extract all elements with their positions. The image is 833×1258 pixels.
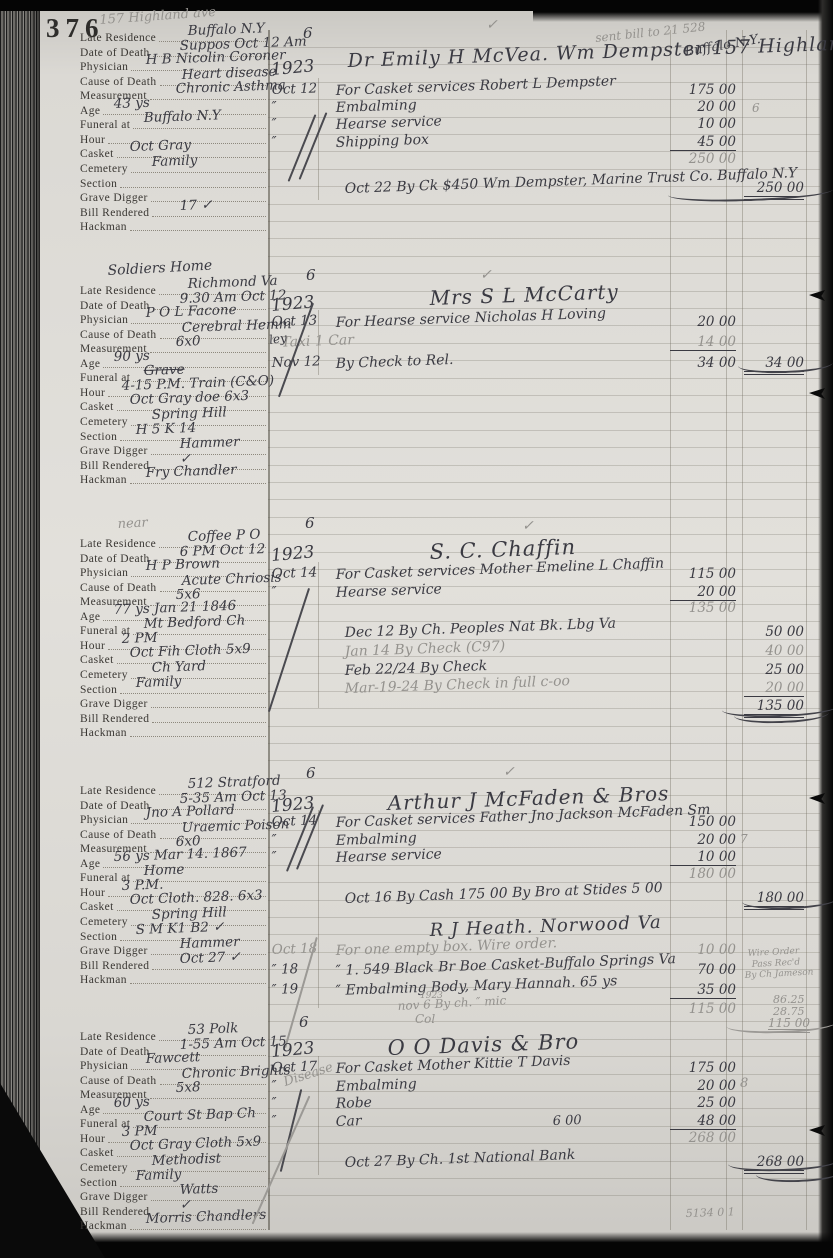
field-label-age: Age (80, 358, 100, 370)
account-description: Car (336, 1114, 362, 1129)
field-label-date-of-death: Date of Death (80, 47, 150, 59)
ledger-ruled-line (268, 1143, 820, 1144)
field-label-cause-of-death: Cause of Death (80, 829, 157, 841)
field-label-late-residence: Late Residence (80, 785, 156, 797)
ledger-ruled-line (268, 256, 820, 257)
field-label-casket: Casket (80, 401, 114, 413)
field-label-hour: Hour (80, 640, 105, 652)
ledger-column-rule (742, 30, 743, 1230)
field-row: Hackman (80, 219, 268, 233)
account-description: For one empty box. Wire order. (336, 936, 558, 958)
dotted-leader (130, 982, 266, 984)
amount-value: 20 00 (670, 101, 736, 115)
dotted-leader (151, 706, 266, 708)
field-value-bill-rendered: Oct 27 ✓ (180, 950, 242, 966)
ledger-column-rule (806, 30, 807, 1230)
account-description: For Hearse service Nicholas H Loving (336, 307, 607, 330)
field-value-physician: Fawcett (146, 1051, 201, 1066)
amount-value: 14 00 (670, 336, 736, 351)
field-label-bill-rendered: Bill Rendered (80, 460, 149, 472)
ledger-ruled-line (268, 221, 820, 222)
ledger-ruled-line (268, 1195, 820, 1196)
field-row: Section (80, 176, 268, 190)
margin-note: 6 (306, 268, 316, 283)
entry-date-divider (318, 562, 319, 708)
amount-value: 20 00 (670, 1080, 736, 1094)
account-date: ″ 18 (272, 963, 299, 977)
account-description: Hearse service (336, 114, 443, 132)
dotted-leader (131, 171, 266, 173)
account-date: ″ (272, 834, 278, 848)
field-row: Measurement (80, 1087, 268, 1101)
account-date: Oct 14 (272, 566, 318, 581)
account-description: By Check to Rel. (336, 353, 454, 371)
field-label-section: Section (80, 1177, 117, 1189)
dotted-leader (130, 1228, 266, 1230)
amount-value: 45 00 (670, 136, 736, 151)
amount-value: 20 00 (670, 586, 736, 601)
field-label-age: Age (80, 105, 100, 117)
ledger-ruled-line (268, 760, 820, 761)
field-label-hackman: Hackman (80, 221, 127, 233)
field-label-grave-digger: Grave Digger (80, 945, 148, 957)
swoosh-underline (734, 710, 829, 724)
amount-value: 10 00 (670, 118, 736, 132)
account-description: For Casket services Mother Emeline L Cha… (336, 557, 665, 582)
account-date: ″ (272, 136, 278, 150)
dotted-leader (130, 229, 266, 231)
account-description: Robe (336, 1096, 373, 1111)
field-label-physician: Physician (80, 314, 128, 326)
field-value-grave-digger: Watts (180, 1183, 219, 1198)
field-label-physician: Physician (80, 567, 128, 579)
account-date: Oct 13 (272, 314, 318, 329)
slash-mark (280, 1089, 303, 1172)
scan-border-top-right (533, 0, 833, 22)
ledger-ruled-line (268, 604, 820, 605)
entry-date-divider (318, 78, 319, 200)
field-label-section: Section (80, 931, 117, 943)
amount-value: 250 00 (670, 153, 736, 167)
margin-note: 8 (740, 1077, 748, 1090)
field-label-date-of-death: Date of Death (80, 300, 150, 312)
dotted-leader (152, 215, 266, 217)
client-name: Mrs S L McCarty (429, 281, 619, 308)
field-label-grave-digger: Grave Digger (80, 192, 148, 204)
amount-value: 10 00 (670, 851, 736, 866)
margin-note: 6 (303, 26, 313, 41)
margin-note: 6 (752, 102, 760, 114)
account-date: ″ (272, 1097, 278, 1111)
dotted-leader (130, 735, 266, 737)
account-date: ″ 19 (272, 983, 299, 997)
field-label-late-residence: Late Residence (80, 32, 156, 44)
field-label-date-of-death: Date of Death (80, 800, 150, 812)
field-label-hackman: Hackman (80, 727, 127, 739)
field-label-grave-digger: Grave Digger (80, 698, 148, 710)
dotted-leader (150, 1097, 266, 1099)
dotted-leader (151, 1199, 266, 1201)
account-date: ″ (272, 586, 278, 600)
account-date: ″ (272, 118, 278, 132)
account-date: Oct 12 (272, 82, 318, 97)
field-value-hackman: Fry Chandler (146, 464, 237, 481)
ledger-ruled-line (268, 204, 820, 205)
field-value-section: Family (136, 675, 182, 690)
amount-value-secondary: 25 00 (744, 664, 804, 678)
margin-note: near (117, 516, 148, 531)
field-label-cause-of-death: Cause of Death (80, 1075, 157, 1087)
field-label-date-of-death: Date of Death (80, 553, 150, 565)
ledger-ruled-line (268, 482, 820, 483)
field-label-casket: Casket (80, 1147, 114, 1159)
dotted-leader (133, 127, 266, 129)
amount-value: 175 00 (670, 84, 736, 98)
ledger-ruled-line (268, 273, 820, 274)
field-label-cemetery: Cemetery (80, 416, 128, 428)
margin-note: 86.25 (773, 994, 805, 1005)
ledger-ruled-line (268, 726, 820, 727)
field-label-casket: Casket (80, 901, 114, 913)
field-row: Hackman (80, 725, 268, 739)
entry-year: 1923 (271, 58, 316, 79)
amount-value: 135 00 (670, 602, 736, 616)
amount-value: 175 00 (670, 1062, 736, 1076)
field-label-section: Section (80, 684, 117, 696)
account-date: ″ (272, 1080, 278, 1094)
margin-note: 6 (306, 766, 316, 781)
ledger-ruled-line (268, 412, 820, 413)
amount-value: 268 00 (670, 1132, 736, 1146)
dotted-leader (151, 453, 266, 455)
amount-value: 70 00 (670, 964, 736, 978)
account-description: Dec 12 By Ch. Peoples Nat Bk. Lbg Va (345, 617, 617, 640)
account-description: For Casket services Robert L Dempster (336, 74, 617, 98)
field-label-casket: Casket (80, 654, 114, 666)
field-label-bill-rendered: Bill Rendered (80, 207, 149, 219)
amount-value: 20 00 (670, 316, 736, 330)
field-label-cemetery: Cemetery (80, 669, 128, 681)
ledger-ruled-line (268, 1004, 820, 1005)
ledger-ruled-line (268, 447, 820, 448)
field-label-physician: Physician (80, 1060, 128, 1072)
field-label-physician: Physician (80, 814, 128, 826)
ledger-ruled-line (268, 743, 820, 744)
account-date: ″ (272, 851, 278, 865)
amount-value: 48 00 (670, 1115, 736, 1130)
entry-year: 1923 (271, 544, 316, 565)
field-label-hour: Hour (80, 887, 105, 899)
amount-value: 115 00 (670, 1003, 736, 1017)
account-date: Nov 12 (272, 355, 321, 370)
field-value-cemetery: Family (152, 154, 198, 169)
field-label-hackman: Hackman (80, 1220, 127, 1232)
field-value-section: Family (136, 1168, 182, 1183)
ledger-page-scan: 376 Late ResidenceBuffalo N.YDate of Dea… (0, 0, 833, 1258)
account-inline-amount: 6 00 (553, 1114, 582, 1128)
field-row: Measurement (80, 341, 268, 355)
ledger-column-rule (268, 30, 270, 1230)
margin-note: ✓ (480, 268, 492, 282)
scan-border-bottom (0, 1232, 833, 1258)
field-label-cemetery: Cemetery (80, 1162, 128, 1174)
field-label-funeral-at: Funeral at (80, 119, 130, 131)
field-value-funeral-at: Buffalo N.Y (144, 110, 222, 126)
amount-value: 180 00 (670, 868, 736, 882)
field-value-bill-rendered: 17 ✓ (180, 198, 213, 213)
field-label-section: Section (80, 178, 117, 190)
field-label-physician: Physician (80, 61, 128, 73)
dotted-leader (152, 968, 266, 970)
field-label-hour: Hour (80, 134, 105, 146)
account-description: Hearse service (336, 582, 443, 600)
field-label-cause-of-death: Cause of Death (80, 582, 157, 594)
account-date: ″ (272, 101, 278, 115)
ledger-ruled-line (268, 465, 820, 466)
field-row: Bill Rendered (80, 711, 268, 725)
account-description: Hearse service (336, 847, 443, 865)
account-description: Feb 22/24 By Check (345, 659, 488, 678)
account-description: Embalming (336, 1077, 417, 1094)
field-label-cemetery: Cemetery (80, 916, 128, 928)
amount-value: 150 00 (670, 816, 736, 830)
amount-value: 115 00 (670, 568, 736, 582)
amount-value: 34 00 (670, 357, 736, 371)
book-page-stack-edge (0, 0, 40, 1258)
amount-value: 25 00 (670, 1097, 736, 1111)
margin-note: ley (268, 332, 287, 346)
margin-note: By Ch Jameson (745, 968, 814, 981)
margin-note: 6 (305, 516, 315, 531)
account-description: Shipping box (336, 133, 430, 150)
field-label-late-residence: Late Residence (80, 285, 156, 297)
field-label-section: Section (80, 431, 117, 443)
account-date: ″ (272, 1115, 278, 1129)
field-label-cause-of-death: Cause of Death (80, 329, 157, 341)
margin-note: 6 (299, 1015, 309, 1030)
field-value-measurement: 6x0 (176, 335, 201, 349)
margin-note: 7 (740, 833, 748, 845)
field-row: Grave Digger (80, 190, 268, 204)
dotted-leader (120, 692, 266, 694)
slash-mark (268, 588, 310, 712)
field-value-grave-digger: Hammer (180, 436, 240, 452)
field-label-grave-digger: Grave Digger (80, 445, 148, 457)
margin-note: ✓ (486, 18, 498, 32)
entry-date-divider (318, 810, 319, 1008)
field-row: Grave Digger (80, 1189, 268, 1203)
field-row: Bill Rendered (80, 205, 268, 219)
field-label-age: Age (80, 858, 100, 870)
dotted-leader (130, 482, 266, 484)
swoosh-underline (668, 187, 833, 204)
ledger-ruled-line (268, 499, 820, 500)
field-label-late-residence: Late Residence (80, 538, 156, 550)
margin-note: nov 6 By ch. ″ mic (397, 994, 506, 1012)
amount-value: 10 00 (670, 944, 736, 958)
field-row: Grave Digger (80, 696, 268, 710)
margin-note: ✓ (522, 519, 534, 533)
ledger-ruled-line (268, 378, 820, 379)
ledger-ruled-line (268, 1021, 820, 1022)
field-label-age: Age (80, 1104, 100, 1116)
field-label-cause-of-death: Cause of Death (80, 76, 157, 88)
account-date: Oct 14 (272, 814, 318, 829)
field-label-age: Age (80, 611, 100, 623)
amount-value: 35 00 (670, 984, 736, 999)
account-description: Embalming (336, 831, 417, 848)
field-label-hour: Hour (80, 387, 105, 399)
bottom-pencil-note: 5134 0 1 (686, 1206, 735, 1219)
ledger-ruled-line (268, 430, 820, 431)
field-label-hackman: Hackman (80, 474, 127, 486)
ledger-ruled-line (268, 778, 820, 779)
field-label-hackman: Hackman (80, 974, 127, 986)
ledger-ruled-line (268, 151, 820, 152)
amount-value-secondary: 20 00 (744, 682, 804, 697)
amount-value-secondary: 40 00 (744, 645, 804, 659)
ledger-ruled-line (268, 395, 820, 396)
field-label-date-of-death: Date of Death (80, 1046, 150, 1058)
dotted-leader (120, 186, 266, 188)
field-value-measurement: 5x8 (176, 1081, 201, 1095)
amount-value: 20 00 (670, 834, 736, 848)
ledger-ruled-line (268, 238, 820, 239)
dotted-leader (150, 98, 266, 100)
field-label-cemetery: Cemetery (80, 163, 128, 175)
account-description: Oct 27 By Ch. 1st National Bank (345, 1148, 576, 1170)
margin-note: Col (415, 1013, 435, 1025)
field-label-grave-digger: Grave Digger (80, 1191, 148, 1203)
field-label-late-residence: Late Residence (80, 1031, 156, 1043)
account-description: Embalming (336, 98, 417, 115)
ledger-column-rule (726, 30, 727, 1230)
dotted-leader (150, 351, 266, 353)
amount-value-secondary: 50 00 (744, 626, 804, 640)
account-description: Oct 16 By Cash 175 00 By Bro at Stides 5… (345, 881, 663, 906)
dotted-leader (152, 721, 266, 723)
margin-note: ✓ (503, 765, 515, 779)
ledger-ruled-line (268, 1178, 820, 1179)
field-value-cemetery: Methodist (152, 1153, 222, 1169)
ledger-column-rule (670, 30, 671, 1230)
field-label-hour: Hour (80, 1133, 105, 1145)
field-label-bill-rendered: Bill Rendered (80, 1206, 149, 1218)
ledger-ruled-line (268, 517, 820, 518)
field-label-bill-rendered: Bill Rendered (80, 713, 149, 725)
field-label-casket: Casket (80, 148, 114, 160)
field-value-section: H 5 K 14 (136, 421, 197, 437)
field-label-bill-rendered: Bill Rendered (80, 960, 149, 972)
field-row: Hackman (80, 972, 268, 986)
